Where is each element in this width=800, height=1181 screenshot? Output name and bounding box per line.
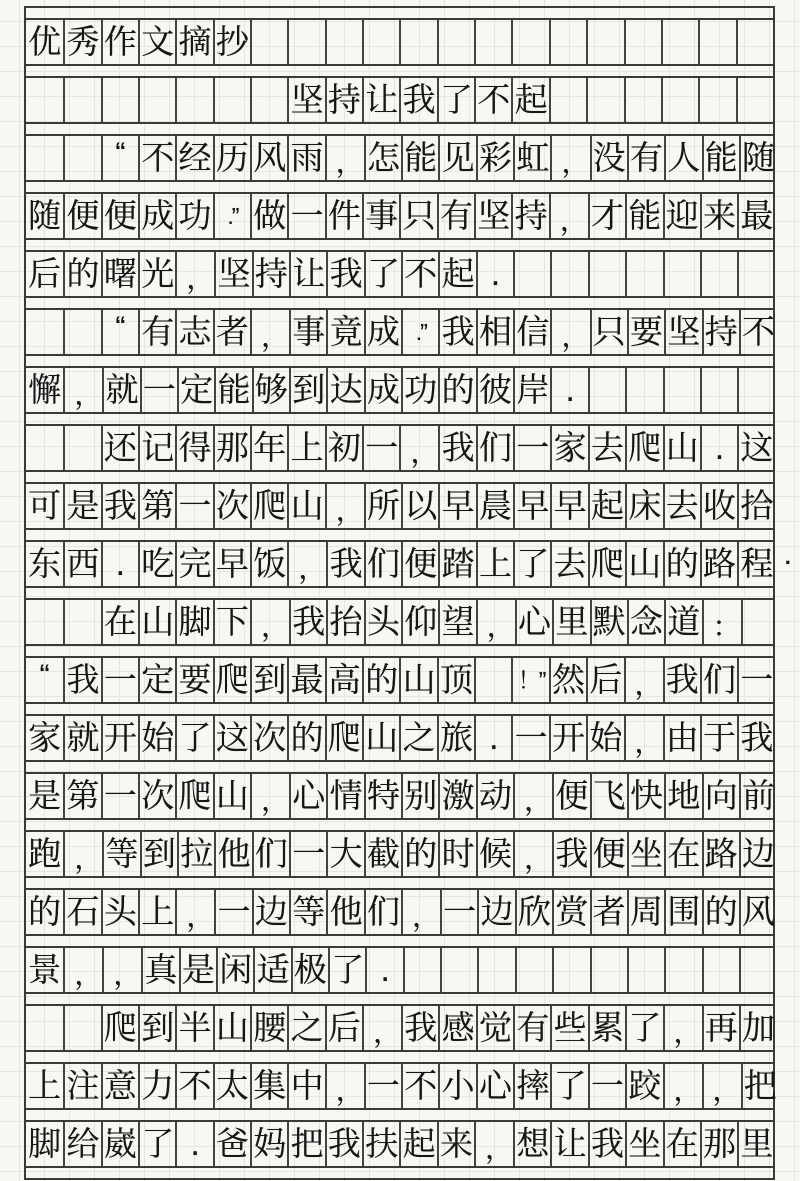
grid-cell-char: 一 [214,890,251,934]
grid-row-6: “有志者，事竟成.”我相信，只要坚持不 [26,308,773,356]
grid-cell-char: 定 [138,658,175,702]
grid-cell-empty [588,368,625,412]
grid-cell-char: 这 [737,426,774,470]
grid-cell-char: “ [26,658,63,702]
grid-cell-char: 以 [401,484,438,528]
grid-cell-empty [474,20,511,64]
grid-cell-char: 去 [663,484,700,528]
grid-cell-char: 在 [663,1122,700,1166]
grid-cell-char: 们 [252,832,289,876]
grid-cell-char: 收 [700,484,737,528]
grid-cell-empty [440,948,477,992]
grid-cell-char: 早 [438,484,475,528]
grid-cell-char: ， [63,368,102,412]
grid-cell-char: 顶 [437,658,474,702]
grid-cell-empty [700,252,737,296]
grid-cell-char: ， [399,426,438,470]
grid-cell-char: ， [550,310,589,354]
grid-cell-char: “ [101,310,138,354]
grid-cell-char: 了 [328,948,365,992]
grid-cell-char: 快 [627,774,664,818]
grid-cell-char: 把 [741,1064,778,1108]
grid-cell-char: 可 [26,484,63,528]
row-spacer-strip [26,994,773,1004]
grid-cell-char: ， [362,1006,401,1050]
grid-cell-char: 了 [437,78,474,122]
row-spacer-strip [26,1052,773,1062]
photographed-essay-sheet: { "page": { "kind": "handwritten Chinese… [0,0,800,1181]
grid-cell-char: 开 [101,716,138,760]
grid-cell-empty [624,20,661,64]
grid-cell-char: 一 [737,658,774,702]
grid-cell-char: 记 [138,426,175,470]
grid-cell-char: 者 [213,310,250,354]
grid-cell-char: 才 [588,194,625,238]
grid-cell-char: 得 [175,426,212,470]
grid-cell-char: 跤 [625,1064,662,1108]
grid-cell-char: ： [702,600,741,644]
grid-cell-char: 山 [213,774,250,818]
grid-cell-char: ， [663,1006,702,1050]
row-spacer-strip [26,356,773,366]
grid-cell-char: 就 [63,716,100,760]
grid-cell-char: 成 [138,194,175,238]
grid-cell-char: ， [624,658,663,702]
grid-cell-char: 坚 [474,194,511,238]
grid-cell-char: 便 [101,194,138,238]
grid-cell-char: 之 [287,1006,324,1050]
row-spacer-strip [26,820,773,830]
grid-cell-char: 抬 [326,600,363,644]
grid-cell-char: 拾 [737,484,774,528]
grid-cell-empty [513,252,550,296]
grid-cell-char: 妈 [250,1122,287,1166]
grid-cell-char: 便 [590,832,627,876]
grid-cell-char: 爸 [213,1122,250,1166]
grid-cell-char: 了 [625,1006,662,1050]
grid-cell-char: 边 [477,890,514,934]
grid-cell-empty [474,658,511,702]
grid-cell-char: 头 [364,600,401,644]
grid-cell-empty [739,948,776,992]
grid-cell-char: 石 [63,890,100,934]
grid-cell-char: 懈 [26,368,63,412]
grid-cell-char: 在 [664,832,701,876]
grid-cell-char: 爬 [325,716,362,760]
grid-row-1: 优秀作文摘抄 [26,18,773,66]
grid-cell-char: 不 [401,1064,438,1108]
grid-cell-char: 第 [138,484,175,528]
grid-cell-char: 激 [438,774,475,818]
grid-cell-char: 就 [102,368,139,412]
grid-cell-char: 能 [401,136,438,180]
grid-cell-char: 崴 [101,1122,138,1166]
grid-cell-char: 摘 [175,20,212,64]
grid-cell-char: .” [401,310,438,354]
grid-cell-char: 我 [399,78,436,122]
grid-cell-char: 事 [289,310,326,354]
grid-cell-char: 闲 [216,948,253,992]
grid-cell-char: 吃 [138,542,175,586]
grid-cell-char: 路 [700,542,737,586]
grid-cell-char: 旅 [437,716,474,760]
grid-cell-char: 围 [664,890,701,934]
grid-cell-char: 去 [550,542,587,586]
grid-cell-char: 中 [287,1064,324,1108]
grid-cell-char: 一 [440,890,477,934]
grid-cell-char: . [700,426,737,470]
grid-cell-char: 欣 [515,890,552,934]
grid-cell-char: 爬 [175,774,212,818]
grid-cell-empty [63,310,100,354]
grid-cell-char: 我 [552,832,589,876]
grid-cell-char: 一 [362,426,399,470]
grid-cell-char: ， [401,890,440,934]
grid-cell-char: 次 [213,484,250,528]
grid-cell-char: 文 [138,20,175,64]
grid-cell-char: 到 [138,1006,175,1050]
grid-cell-char: 我 [737,716,774,760]
grid-cell-empty [287,20,324,64]
grid-cell-char: 爬 [588,542,625,586]
grid-cell-char: ， [250,310,289,354]
grid-cell-char: 件 [325,194,362,238]
grid-cell-char: 别 [401,774,438,818]
grid-cell-char: 始 [586,716,623,760]
grid-cell-char: 后 [26,252,63,296]
grid-cell-char: 是 [63,484,100,528]
grid-cell-char: 做 [250,194,287,238]
grid-cell-char: ， [325,484,364,528]
grid-cell-char: 一 [511,716,548,760]
grid-cell-char: 觉 [476,1006,513,1050]
grid-cell-char: 我 [63,658,100,702]
grid-cell-char: 注 [63,1064,100,1108]
grid-cell-char: 里 [552,600,589,644]
grid-cell-char: ， [102,948,141,992]
grid-cell-char: 向 [702,774,739,818]
grid-cell-empty [138,78,175,122]
grid-cell-char: 那 [700,1122,737,1166]
grid-cell-char: 了 [513,542,550,586]
grid-cell-char: 不 [401,252,438,296]
row-spacer-strip [26,182,773,192]
grid-cell-char: 把 [287,1122,324,1166]
grid-cell-char: 有 [437,194,474,238]
grid-cell-char: 在 [101,600,138,644]
grid-cell-char: ， [287,542,326,586]
grid-cell-char: 我 [289,600,326,644]
grid-cell-char: 半 [175,1006,212,1050]
grid-cell-char: ， [549,194,588,238]
grid-cell-char: 达 [326,368,363,412]
grid-cell-char: 志 [175,310,212,354]
grid-cell-empty [403,948,440,992]
grid-cell-char: 我 [663,658,700,702]
grid-cell-char: 力 [138,1064,175,1108]
grid-cell-char: 山 [138,600,175,644]
grid-cell-char: 的 [26,890,63,934]
grid-cell-char: 家 [26,716,63,760]
grid-cell-empty [250,78,287,122]
grid-cell-empty [101,78,138,122]
grid-row-15: 跑，等到拉他们一大截的时候，我便坐在路边 [26,830,773,878]
grid-cell-empty [702,948,739,992]
grid-cell-char: 边 [739,832,776,876]
grid-cell-empty [590,948,627,992]
grid-row-14: 是第一次爬山，心情特别激动，便飞快地向前 [26,772,773,820]
grid-cell-char: 景 [26,948,63,992]
grid-cell-char: 了 [550,1064,587,1108]
grid-cell-char: .” [213,194,250,238]
grid-cell-char: 一 [175,484,212,528]
grid-cell-empty [26,1006,63,1050]
grid-cell-char: 我 [401,1006,438,1050]
grid-cell-char: 有 [627,136,664,180]
grid-cell-char: 了 [175,716,212,760]
grid-cell-char: 爬 [625,426,662,470]
grid-cell-char: 山 [287,484,324,528]
grid-cell-char: 第 [63,774,100,818]
grid-cell-char: 路 [702,832,739,876]
grid-cell-char: 一 [289,832,326,876]
grid-cell-char: 我 [438,426,475,470]
grid-cell-char: 是 [26,774,63,818]
grid-cell-empty [477,948,514,992]
grid-cell-char: 爬 [101,1006,138,1050]
grid-cell-char: 一 [101,658,138,702]
grid-cell-char: . [175,1122,212,1166]
grid-cell-char: 心 [476,1064,513,1108]
grid-cell-char: 适 [253,948,290,992]
grid-cell-char: 山 [213,1006,250,1050]
grid-cell-char: 腰 [250,1006,287,1050]
grid-cell-char: 坚 [214,252,251,296]
grid-cell-char: 我 [326,252,363,296]
grid-cell-char: 让 [289,252,326,296]
grid-cell-char: 坐 [625,1122,662,1166]
grid-cell-char: 我 [588,1122,625,1166]
grid-cell-empty [26,78,63,122]
grid-cell-char: 一 [287,194,324,238]
grid-cell-char: 岸 [513,368,550,412]
grid-cell-char: 便 [63,194,100,238]
row-spacer-strip [26,878,773,888]
grid-cell-empty [588,252,625,296]
grid-cell-empty [698,78,735,122]
grid-cell-char: 到 [140,832,177,876]
grid-cell-char: 累 [588,1006,625,1050]
grid-cell-char: 次 [250,716,287,760]
grid-cell-char: ， [550,136,589,180]
grid-cell-char: 的 [702,890,739,934]
grid-cell-empty [437,20,474,64]
grid-cell-char: 的 [63,252,100,296]
grid-row-4: 随便便成功.”做一件事只有坚持，才能迎来最 [26,192,773,240]
grid-cell-char: 只 [590,310,627,354]
grid-cell-char: 到 [289,368,326,412]
grid-cell-char: 经 [175,136,212,180]
grid-cell-char: 不 [739,310,776,354]
grid-cell-char: 持 [702,310,739,354]
grid-cell-empty [26,310,63,354]
grid-cell-char: 持 [325,78,362,122]
grid-cell-char: 给 [63,1122,100,1166]
row-spacer-strip [26,530,773,540]
grid-cell-char: 成 [364,310,401,354]
grid-cell-char: 我 [326,542,363,586]
grid-cell-char: 踏 [438,542,475,586]
grid-cell-char: 地 [664,774,701,818]
grid-cell-char: 彩 [476,136,513,180]
grid-cell-char: ， [175,252,214,296]
grid-cell-char: 能 [702,136,739,180]
grid-cell-char: 坚 [664,310,701,354]
grid-cell-char: 爬 [250,484,287,528]
grid-cell-char: 飞 [590,774,627,818]
grid-cell-char: 事 [362,194,399,238]
grid-cell-char: 开 [549,716,586,760]
row-spacer-strip [26,704,773,714]
grid-cell-char: 虹 [513,136,550,180]
grid-cell-char: 扶 [362,1122,399,1166]
grid-cell-char: 一 [513,426,550,470]
grid-cell-empty [661,20,698,64]
grid-cell-char: 坐 [627,832,664,876]
grid-cell-empty [549,20,586,64]
row-spacer-strip [26,936,773,946]
grid-cell-empty [325,20,362,64]
grid-cell-char: 早 [513,484,550,528]
grid-cell-char: 风 [250,136,287,180]
grid-cell-char: 风 [739,890,776,934]
grid-cell-char: 念 [627,600,664,644]
grid-cell-char: 去 [588,426,625,470]
grid-cell-char: 坚 [287,78,324,122]
grid-cell-empty [737,368,774,412]
grid-cell-char: 抄 [213,20,250,64]
grid-cell-char: 信 [513,310,550,354]
grid-cell-char: 等 [289,890,326,934]
grid-cell-char: 拉 [177,832,214,876]
grid-row-12: “我一定要爬到最高的山顶！”然后，我们一 [26,656,773,704]
row-spacer-strip [26,66,773,76]
grid-cell-char: 的 [287,716,324,760]
row-spacer-strip [26,762,773,772]
grid-cell-char: ， [325,1064,364,1108]
row-spacer-strip [26,414,773,424]
grid-cell-empty [63,600,100,644]
grid-cell-char: 跑 [26,832,63,876]
grid-cell-char: ， [250,774,289,818]
grid-cell-char: 完 [175,542,212,586]
grid-cell-char: 高 [325,658,362,702]
grid-cell-char: 太 [213,1064,250,1108]
grid-cell-char: 有 [513,1006,550,1050]
grid-cell-char: 功 [175,194,212,238]
grid-cell-char: 意 [101,1064,138,1108]
grid-cell-char: 头 [101,890,138,934]
grid-cell-empty [625,252,662,296]
grid-cell-empty [586,78,623,122]
grid-cell-char: 还 [101,426,138,470]
grid-cell-char: 竟 [326,310,363,354]
grid-cell-char: . [474,716,511,760]
grid-cell-char: 再 [702,1006,739,1050]
grid-row-5: 后的曙光，坚持让我了不起. [26,250,773,298]
grid-cell-char: 有 [138,310,175,354]
grid-cell-char: 仰 [401,600,438,644]
grid-cell-char: 便 [401,542,438,586]
grid-row-7: 懈，就一定能够到达成功的彼岸. [26,366,773,414]
grid-cell-char: 后 [325,1006,362,1050]
grid-cell-char: 不 [474,78,511,122]
grid-cell-char: 特 [364,774,401,818]
composition-grid-paper: 优秀作文摘抄坚持让我了不起“不经历风雨，怎能见彩虹，没有人能随随便便成功.”做一… [24,6,775,1180]
grid-cell-char: ， [513,774,552,818]
grid-cell-char: ， [513,832,552,876]
grid-cell-empty [664,948,701,992]
grid-cell-char: 饭 [250,542,287,586]
grid-cell-char: 上 [287,426,324,470]
grid-cell-char: 功 [401,368,438,412]
grid-cell-char: 集 [250,1064,287,1108]
grid-cell-empty [741,600,778,644]
grid-cell-char: 床 [625,484,662,528]
grid-cell-char: 历 [213,136,250,180]
grid-cell-char: 的 [362,658,399,702]
grid-cell-char: 早 [213,542,250,586]
grid-cell-char: 等 [102,832,139,876]
grid-cell-empty [624,78,661,122]
row-spacer-strip [26,646,773,656]
grid-cell-char: 赏 [552,890,589,934]
grid-cell-char: 次 [138,774,175,818]
grid-cell-char: 年 [250,426,287,470]
grid-row-20: 脚给崴了.爸妈把我扶起来，想让我坐在那里 [26,1120,773,1168]
grid-cell-char: 定 [177,368,214,412]
grid-cell-char: 一 [101,774,138,818]
grid-cell-char: ， [63,948,102,992]
grid-cell-char: 他 [326,890,363,934]
grid-cell-char: 边 [252,890,289,934]
grid-cell-char: 够 [252,368,289,412]
grid-cell-char: 的 [401,832,438,876]
grid-cell-char: 周 [627,890,664,934]
grid-cell-char: 由 [663,716,700,760]
grid-cell-char: 的 [438,368,475,412]
grid-row-3: “不经历风雨，怎能见彩虹，没有人能随 [26,134,773,182]
grid-cell-empty [698,20,735,64]
grid-cell-char: 晨 [476,484,513,528]
grid-cell-char: 便 [552,774,589,818]
grid-cell-char: 一 [140,368,177,412]
grid-cell-char: 随 [26,194,63,238]
grid-cell-char: 默 [590,600,627,644]
grid-cell-char: 们 [364,542,401,586]
grid-cell-char: 们 [476,426,513,470]
grid-cell-empty [26,136,63,180]
grid-row-9: 可是我第一次爬山，所以早晨早早起床去收拾 [26,482,773,530]
row-spacer-strip [26,1168,773,1178]
grid-cell-char: 成 [364,368,401,412]
grid-cell-char: 情 [326,774,363,818]
grid-cell-empty [213,78,250,122]
grid-cell-empty [663,252,700,296]
grid-cell-char: 随 [739,136,776,180]
grid-row-11: 在山脚下，我抬头仰望，心里默念道： [26,598,773,646]
grid-cell-char: 截 [364,832,401,876]
